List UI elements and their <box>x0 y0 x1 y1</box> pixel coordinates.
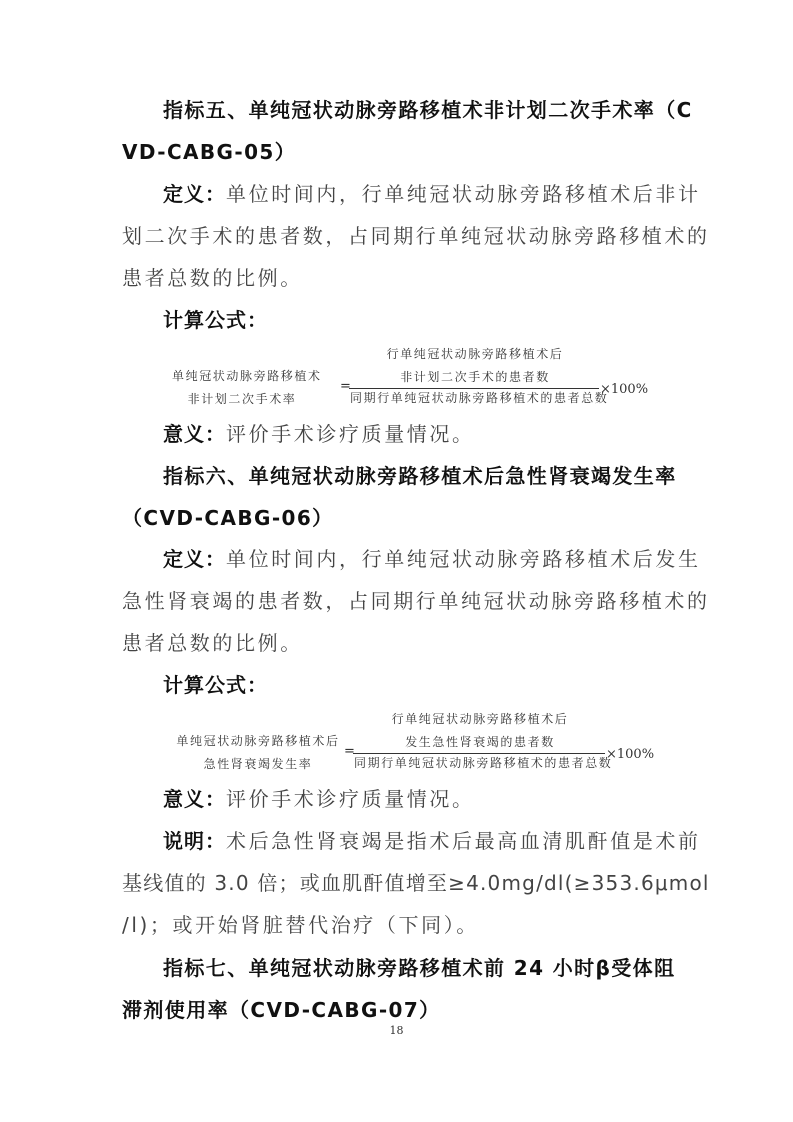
formula-lhs-line2: 急性肾衰竭发生率 <box>170 753 346 775</box>
indicator7-title-line1: 指标七、单纯冠状动脉旁路移植术前 24 小时β受体阻 <box>163 956 675 980</box>
indicator5-title-line2: VD-CABG-05） <box>122 140 296 164</box>
definition-text: 单位时间内，行单纯冠状动脉旁路移植术后非计 <box>226 182 701 206</box>
indicator6-definition-line2: 急性肾衰竭的患者数，占同期行单纯冠状动脉旁路移植术的 <box>122 589 710 613</box>
formula-numerator-line2: 非计划二次手术的患者数 <box>350 367 600 387</box>
indicator5-definition-line2: 划二次手术的患者数，占同期行单纯冠状动脉旁路移植术的 <box>122 224 710 248</box>
indicator6-note-line1: 说明：术后急性肾衰竭是指术后最高血清肌酐值是术前 <box>163 829 701 853</box>
note-label: 说明： <box>163 829 226 853</box>
significance-text: 评价手术诊疗质量情况。 <box>226 422 475 446</box>
formula-denominator: 同期行单纯冠状动脉旁路移植术的患者总数 <box>350 388 600 408</box>
definition-label: 定义： <box>163 547 226 571</box>
formula-lhs-line1: 单纯冠状动脉旁路移植术 <box>172 365 312 387</box>
formula-multiplier: ×100% <box>600 382 648 397</box>
formula-numerator-line1: 行单纯冠状动脉旁路移植术后 <box>354 709 606 729</box>
significance-text: 评价手术诊疗质量情况。 <box>226 787 475 811</box>
indicator6-definition-line1: 定义：单位时间内，行单纯冠状动脉旁路移植术后发生 <box>163 547 701 571</box>
indicator5-title-line1: 指标五、单纯冠状动脉旁路移植术非计划二次手术率（C <box>163 98 693 122</box>
indicator6-definition-line3: 患者总数的比例。 <box>122 631 303 655</box>
significance-label: 意义： <box>163 787 226 811</box>
definition-text: 单位时间内，行单纯冠状动脉旁路移植术后发生 <box>226 547 701 571</box>
definition-label: 定义： <box>163 182 226 206</box>
indicator6-note-line2: 基线值的 3.0 倍；或血肌酐值增至≥4.0mg/dl(≥353.6μmol <box>122 871 710 895</box>
page-number: 18 <box>0 1024 793 1037</box>
indicator6-formula-label: 计算公式： <box>163 673 268 697</box>
indicator6-significance: 意义：评价手术诊疗质量情况。 <box>163 787 475 811</box>
formula-numerator-line1: 行单纯冠状动脉旁路移植术后 <box>350 344 600 364</box>
indicator5-significance: 意义：评价手术诊疗质量情况。 <box>163 422 475 446</box>
formula-denominator: 同期行单纯冠状动脉旁路移植术的患者总数 <box>354 753 606 773</box>
indicator6-title-line1: 指标六、单纯冠状动脉旁路移植术后急性肾衰竭发生率 <box>163 464 677 488</box>
indicator5-formula-label: 计算公式： <box>163 308 268 332</box>
note-text: 术后急性肾衰竭是指术后最高血清肌酐值是术前 <box>226 829 701 853</box>
indicator5-definition-line3: 患者总数的比例。 <box>122 266 303 290</box>
significance-label: 意义： <box>163 422 226 446</box>
indicator6-formula: 单纯冠状动脉旁路移植术后 急性肾衰竭发生率 = 行单纯冠状动脉旁路移植术后 发生… <box>0 705 793 775</box>
formula-multiplier: ×100% <box>606 747 654 762</box>
indicator5-formula: 单纯冠状动脉旁路移植术 非计划二次手术率 = 行单纯冠状动脉旁路移植术后 非计划… <box>0 340 793 410</box>
formula-lhs-line1: 单纯冠状动脉旁路移植术后 <box>170 730 346 752</box>
indicator6-title-line2: （CVD-CABG-06） <box>122 506 334 530</box>
indicator6-note-line3: /l)；或开始肾脏替代治疗（下同）。 <box>122 913 479 937</box>
document-page: 指标五、单纯冠状动脉旁路移植术非计划二次手术率（C VD-CABG-05） 定义… <box>0 0 793 1122</box>
formula-numerator-line2: 发生急性肾衰竭的患者数 <box>354 732 606 752</box>
formula-lhs-line2: 非计划二次手术率 <box>172 388 312 410</box>
indicator5-definition-line1: 定义：单位时间内，行单纯冠状动脉旁路移植术后非计 <box>163 182 701 206</box>
indicator7-title-line2: 滞剂使用率（CVD-CABG-07） <box>122 998 441 1022</box>
